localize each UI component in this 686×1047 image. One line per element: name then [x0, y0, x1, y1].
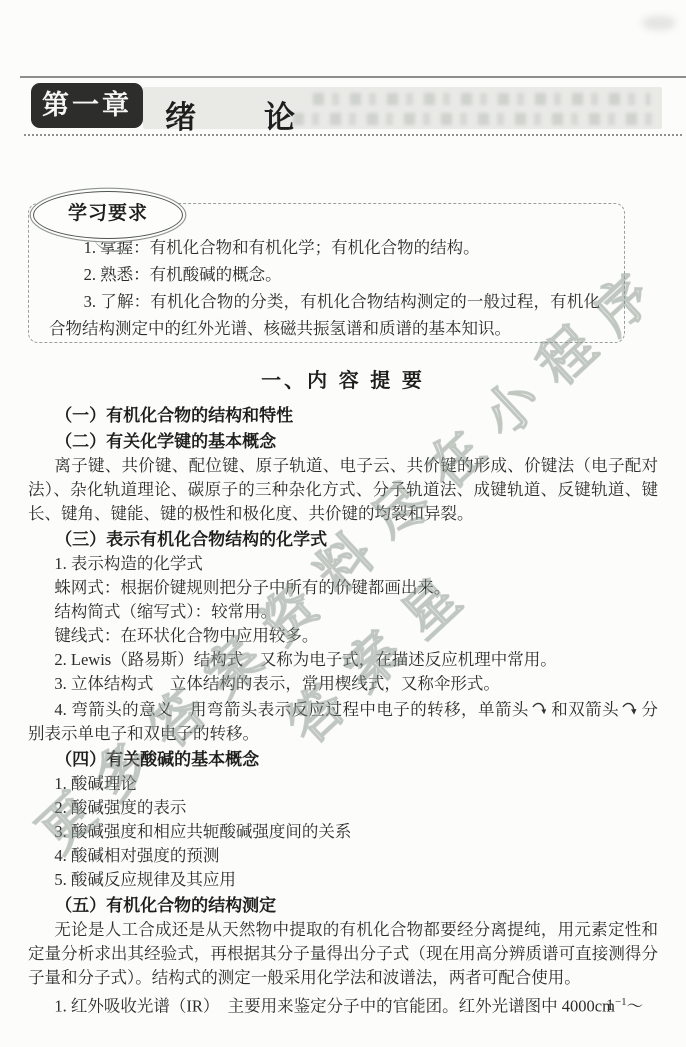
- double-curved-arrow-icon: [622, 701, 638, 717]
- requirement-item: 3. 了解：有机化合物的分类，有机化合物结构测定的一般过程，有机化合物结构测定中…: [49, 288, 600, 342]
- list-item: 5. 酸碱反应规律及其应用: [28, 868, 658, 892]
- list-item: 3. 立体结构式 立体结构的表示，常用楔线式，又称伞形式。: [28, 672, 658, 696]
- arrow-paragraph-text: 4. 弯箭头的意义 用弯箭头表示反应过程中电子的转移，单箭头: [54, 700, 528, 719]
- requirement-item: 2. 熟悉：有机酸碱的概念。: [49, 261, 600, 288]
- list-item: 4. 酸碱相对强度的预测: [28, 844, 658, 868]
- paragraph: 无论是人工合成还是从天然物中提取的有机化合物都要经分离提纯，用元素定性和定量分析…: [28, 918, 658, 990]
- ir-line-text: 1. 红外吸收光谱（IR） 主要用来鉴定分子中的官能团。红外光谱图中 4000c…: [54, 997, 615, 1016]
- list-item: 2. 酸碱强度的表示: [28, 796, 658, 820]
- page-number: 1: [606, 997, 614, 1015]
- list-item: 1. 酸碱理论: [28, 772, 658, 796]
- paragraph: 离子键、共价键、配位键、原子轨道、电子云、共价键的形成、价键法（电子配对法）、杂…: [28, 454, 658, 526]
- subsection-heading: （二）有关化学键的基本概念: [28, 430, 658, 454]
- list-item: 蛛网式：根据价键规则把分子中所有的价键都画出来。: [28, 576, 658, 600]
- list-item: 3. 酸碱强度和相应共轭酸碱强度间的关系: [28, 820, 658, 844]
- page-bleedthrough-texture: [313, 93, 650, 105]
- bubble-tail-icon: [92, 238, 138, 258]
- page-bleedthrough-texture: [293, 113, 654, 125]
- content-summary-section: 一、内 容 提 要 （一）有机化合物的结构和特性 （二）有关化学键的基本概念 离…: [28, 368, 658, 1019]
- scan-smudge: [642, 16, 676, 30]
- single-curved-arrow-icon: [532, 701, 548, 717]
- top-rule: [20, 76, 686, 78]
- subsection-heading: （三）表示有机化合物结构的化学式: [28, 528, 658, 552]
- list-item: 1. 表示构造的化学式: [28, 552, 658, 576]
- chapter-badge: 第一章: [31, 83, 143, 128]
- arrow-paragraph-text: 和双箭头: [551, 700, 619, 719]
- subsection-heading: （五）有机化合物的结构测定: [28, 894, 658, 918]
- learning-requirements-label: 学习要求: [33, 191, 183, 239]
- subsection-heading: （四）有关酸碱的基本概念: [28, 748, 658, 772]
- list-item: 键线式：在环状化合物中应用较多。: [28, 624, 658, 648]
- learning-requirements-box: 学习要求 1. 掌握：有机化合物和有机化学；有机化合物的结构。 2. 熟悉：有机…: [28, 203, 625, 343]
- section-title: 一、内 容 提 要: [28, 368, 658, 394]
- ir-line-text: ～: [627, 997, 644, 1016]
- ir-spectrum-line: 1. 红外吸收光谱（IR） 主要用来鉴定分子中的官能团。红外光谱图中 4000c…: [28, 990, 658, 1019]
- learning-requirements-label-text: 学习要求: [68, 203, 148, 224]
- subsection-heading: （一）有机化合物的结构和特性: [28, 404, 658, 428]
- superscript-exponent: −1: [615, 996, 627, 1008]
- list-item: 结构简式（缩写式）：较常用。: [28, 600, 658, 624]
- list-item: 2. Lewis（路易斯）结构式 又称为电子式，在描述反应机理中常用。: [28, 648, 658, 672]
- textbook-page: 绪 论 第一章 学习要求 1. 掌握：有机化合物和有机化学；有机化合物的结构。 …: [0, 0, 686, 1047]
- chapter-title-band: 绪 论: [143, 87, 662, 129]
- curved-arrow-paragraph: 4. 弯箭头的意义 用弯箭头表示反应过程中电子的转移，单箭头和双箭头分别表示单电…: [28, 698, 658, 746]
- dotted-rule: [24, 134, 682, 136]
- chapter-title: 绪 论: [165, 92, 297, 137]
